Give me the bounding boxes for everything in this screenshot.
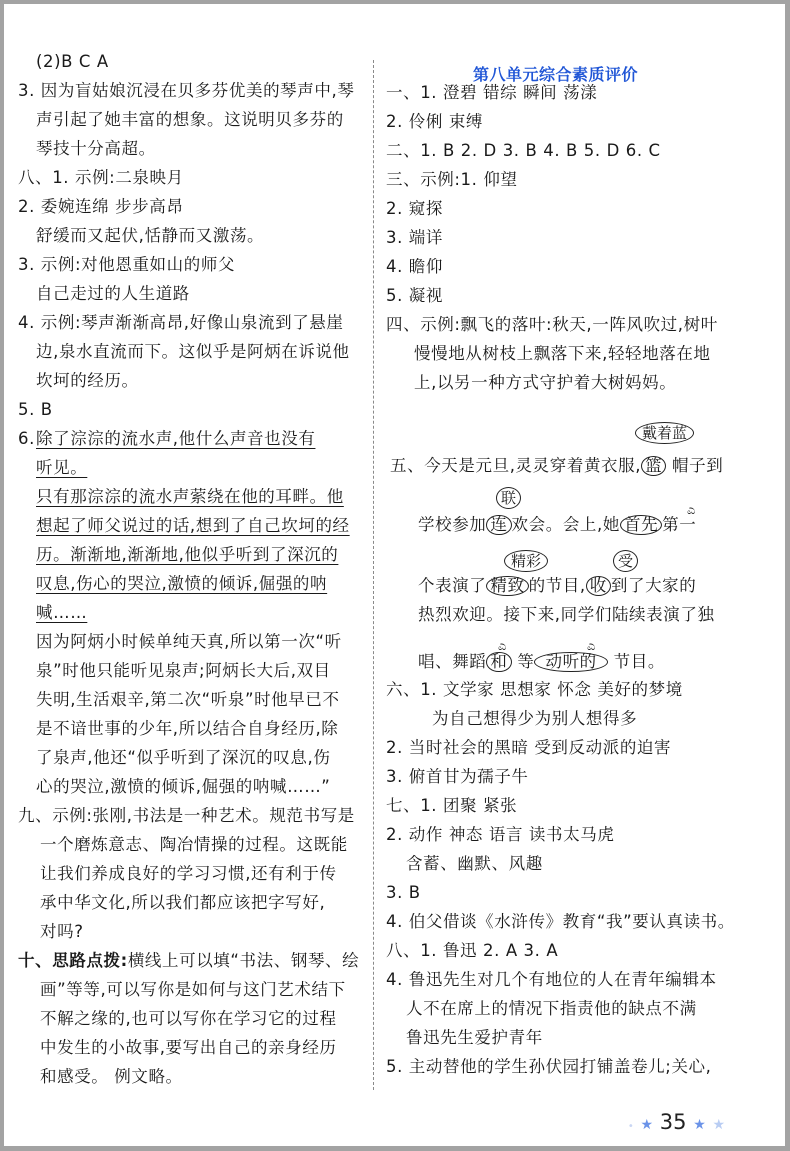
underlined-answer-line: 叹息,伤心的哭泣,激愤的倾诉,倔强的呐 [36,574,327,594]
q5-line-4: 热烈欢迎。接下来,同学们陆续表演了独 [418,605,715,625]
section-title: 第八单元综合素质评价 [473,62,638,85]
answer-line: 5. B [18,400,53,420]
answer-line: 慢慢地从树枝上飘落下来,轻轻地落在地 [414,344,711,364]
answer-line: 5. 凝视 [386,286,443,306]
underlined-answer-line: 历。渐渐地,渐渐地,他似乎听到了深沉的 [36,545,338,565]
annotation-correction: 精彩 [504,550,548,572]
answer-line: 2. 窥探 [386,199,443,219]
answer-line: 3. 俯首甘为孺子牛 [386,767,529,787]
q5-line-5: 唱、舞蹈和 等动听的 节目。 [418,652,665,672]
text: 到了大家的 [611,576,697,595]
q10-line: 十、思路点拨:横线上可以填“书法、钢琴、绘 [18,951,359,971]
text: 个表演了 [418,576,486,595]
answer-line: 舒缓而又起伏,恬静而又激荡。 [36,226,264,246]
column-divider [373,60,374,1090]
annotation-correction: 戴着蓝 [635,422,694,444]
circled-delete: 和 [486,652,511,672]
answer-line: 四、示例:飘飞的落叶:秋天,一阵风吹过,树叶 [386,315,718,335]
underlined-answer-line: 喊…… [36,603,87,623]
answer-line: 2. 当时社会的黑暗 受到反动派的迫害 [386,738,671,758]
underlined-answer-line: 只有那淙淙的流水声萦绕在他的耳畔。他 [36,487,344,507]
text: 等 [512,652,535,671]
circled-delete: 动听的 [534,652,607,672]
circled-error: 收 [586,576,611,596]
page-number-footer: • ★ 35 ★ ★ [628,1110,725,1134]
q9-line: 九、示例:张刚,书法是一种艺术。规范书写是 [18,806,355,826]
answer-line: (2)B C A [36,52,109,72]
answer-line: 琴技十分高超。 [36,139,156,159]
answer-line: 4. 鲁迅先生对几个有地位的人在青年编辑本 [386,970,717,990]
answer-line: 六、1. 文学家 思想家 怀念 美好的梦境 [386,680,683,700]
q10-line: 中发生的小故事,要写出自己的亲身经历 [40,1038,337,1058]
answer-line: 人不在席上的情况下指责他的缺点不满 [406,999,697,1019]
answer-line: 3. B [386,883,421,903]
circled-error: 精致 [486,576,528,596]
text: 五、今天是元旦,灵灵穿着黄衣服, [390,456,641,475]
star-icon: ★ [712,1117,725,1133]
answer-line: 七、1. 团聚 紧张 [386,796,517,816]
circled-delete: 首先 [620,515,662,535]
question-number: 6. [18,429,35,449]
underlined-answer-line: 听见。 [36,458,87,478]
explanation-line: 失明,生活艰辛,第二次“听泉”时他早已不 [36,690,340,710]
explanation-line: 心的哭泣,激愤的倾诉,倔强的呐喊……” [36,777,330,797]
underlined-answer-line: 想起了师父说过的话,想到了自己坎坷的经 [36,516,350,536]
explanation-line: 了泉声,他还“似乎听到了深沉的叹息,伤 [36,748,330,768]
star-icon: ★ [693,1117,706,1133]
annotation-correction: 联 [496,487,521,509]
text: 学校参加 [418,515,486,534]
annotation-correction: 受 [613,550,638,572]
answer-line: 鲁迅先生爱护青年 [406,1028,543,1048]
answer-line: 三、示例:1. 仰望 [386,170,518,190]
star-icon: ★ [641,1117,654,1133]
q9-line: 一个磨炼意志、陶冶情操的过程。这既能 [40,835,348,855]
answer-line: 4. 示例:琴声渐渐高昂,好像山泉流到了悬崖 [18,313,344,333]
answer-line: 一、1. 澄碧 错综 瞬间 荡漾 [386,83,597,103]
q9-line: 让我们养成良好的学习习惯,还有利于传 [40,864,337,884]
answer-line: 3. 因为盲姑娘沉浸在贝多芬优美的琴声中,琴 [18,81,354,101]
answer-line: 含蓄、幽默、风趣 [406,854,543,874]
answer-line: 声引起了她丰富的想象。这说明贝多芬的 [36,110,344,130]
text: 横线上可以填“书法、钢琴、绘 [128,951,359,970]
q9-line: 承中华文化,所以我们都应该把字写好, [40,893,325,913]
q5-line-3: 个表演了精致的节目,收到了大家的 [418,576,696,596]
answer-line: 八、1. 鲁迅 2. A 3. A [386,941,558,961]
page-number: 35 [660,1110,687,1134]
explanation-line: 是不谙世事的少年,所以结合自身经历,除 [36,719,338,739]
text: 的节目, [529,576,586,595]
explanation-line: 因为阿炳小时候单纯天真,所以第一次“听 [36,632,342,652]
text: 节目。 [608,652,665,671]
answer-line: 为自己想得少为别人想得多 [432,709,637,729]
circled-error: 篮 [641,456,666,476]
text: 欢会。会上,她 [512,515,620,534]
q10-line: 和感受。 例文略。 [40,1067,183,1087]
q10-line: 画”等等,可以写你是如何与这门艺术结下 [40,980,346,1000]
answer-key-page: (2)B C A3. 因为盲姑娘沉浸在贝多芬优美的琴声中,琴声引起了她丰富的想象… [4,4,785,1146]
text: 唱、舞蹈 [418,652,486,671]
text: 第一 [662,515,696,534]
underlined-answer-line: 除了淙淙的流水声,他什么声音也没有 [36,429,315,449]
q9-line: 对吗? [40,922,84,942]
circled-error: 连 [486,515,511,535]
q5-line-2: 学校参加连欢会。会上,她首先第一 [418,515,696,535]
answer-line: 自己走过的人生道路 [36,284,190,304]
text: 帽子到 [666,456,723,475]
answer-line: 二、1. B 2. D 3. B 4. B 5. D 6. C [386,141,661,161]
answer-line: 4. 瞻仰 [386,257,443,277]
answer-line: 边,泉水直流而下。这似乎是阿炳在诉说他 [36,342,350,362]
answer-line: 八、1. 示例:二泉映月 [18,168,184,188]
answer-line: 2. 伶俐 束缚 [386,112,483,132]
answer-line: 5. 主动替他的学生孙伏园打铺盖卷儿;关心, [386,1057,712,1077]
answer-line: 3. 端详 [386,228,443,248]
q5-line-1: 五、今天是元旦,灵灵穿着黄衣服,篮 帽子到 [390,456,723,476]
answer-line: 2. 委婉连绵 步步高昂 [18,197,183,217]
dot-icon: • [628,1121,634,1132]
answer-line: 坎坷的经历。 [36,371,139,391]
answer-line: 2. 动作 神态 语言 读书太马虎 [386,825,614,845]
explanation-line: 泉”时他只能听见泉声;阿炳长大后,双目 [36,661,331,681]
q10-line: 不解之缘的,也可以写你在学习它的过程 [40,1009,337,1029]
answer-line: 4. 伯父借谈《水浒传》教育“我”要认真读书。 [386,912,735,932]
answer-line: 3. 示例:对他恩重如山的师父 [18,255,235,275]
answer-line: 上,以另一种方式守护着大树妈妈。 [414,373,676,393]
hint-label: 十、思路点拨: [18,951,128,970]
